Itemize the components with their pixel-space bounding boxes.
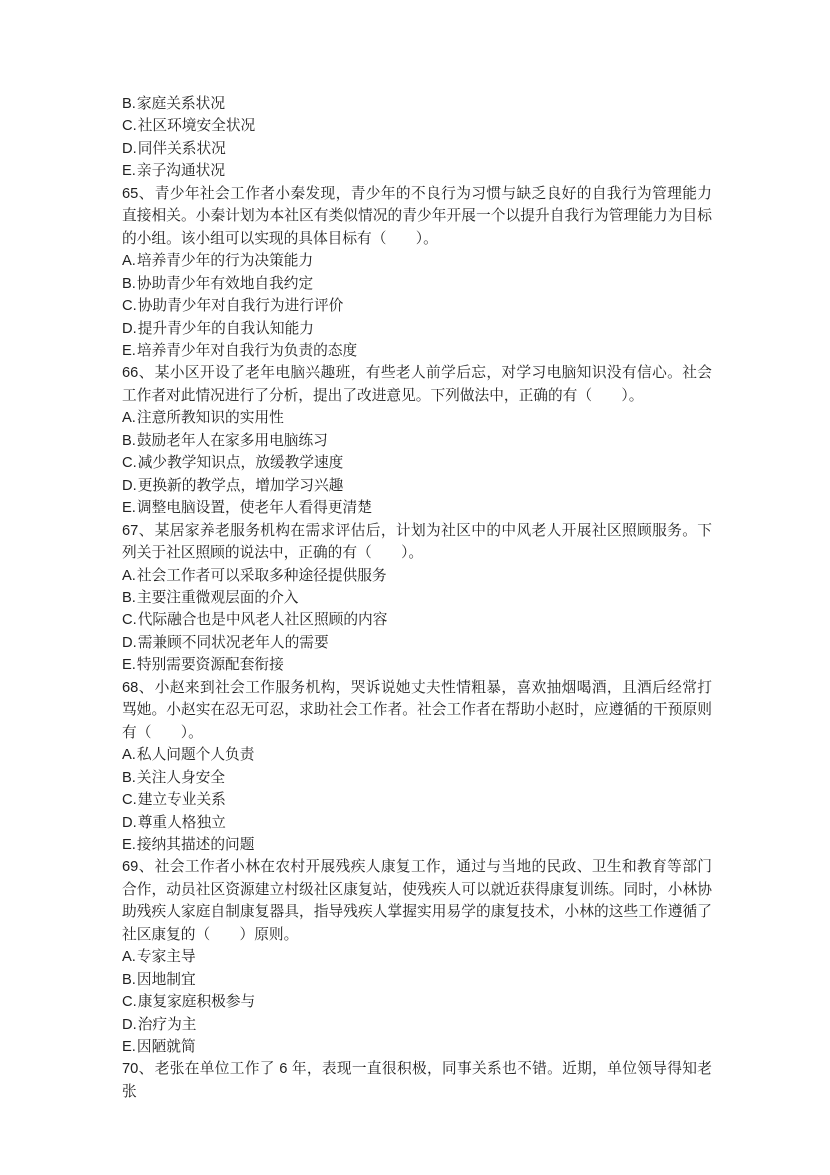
option-text: 鼓励老年人在家多用电脑练习 xyxy=(137,433,328,449)
option-text: 建立专业关系 xyxy=(138,792,226,808)
option-text: 协助青少年对自我行为进行评价 xyxy=(138,298,344,314)
option-label: E. xyxy=(122,657,137,673)
question-67-option-d: D.需兼顾不同状况老年人的需要 xyxy=(122,632,712,654)
option-label: A. xyxy=(122,410,137,426)
option-label: C. xyxy=(122,298,138,314)
question-70-stem: 70、老张在单位工作了 6 年，表现一直很积极，同事关系也不错。近期，单位领导得… xyxy=(122,1058,712,1103)
option-text: 专家主导 xyxy=(137,949,196,965)
question-65-option-a: A.培养青少年的行为决策能力 xyxy=(122,250,712,272)
option-label: A. xyxy=(122,949,137,965)
question-66-option-a: A.注意所教知识的实用性 xyxy=(122,407,712,429)
option-text: 同伴关系状况 xyxy=(138,141,226,157)
option-label: D. xyxy=(122,1017,138,1033)
question-66-option-e: E.调整电脑设置，使老年人看得更清楚 xyxy=(122,497,712,519)
question-number: 69、 xyxy=(122,859,155,875)
question-number: 65、 xyxy=(122,186,155,202)
option-text: 接纳其描述的问题 xyxy=(137,837,255,853)
option-label: A. xyxy=(122,253,137,269)
option-label: C. xyxy=(122,118,138,134)
option-label: C. xyxy=(122,612,138,628)
option-label: A. xyxy=(122,747,137,763)
question-number: 66、 xyxy=(122,365,155,381)
question-65-option-e: E.培养青少年对自我行为负责的态度 xyxy=(122,340,712,362)
question-68-option-e: E.接纳其描述的问题 xyxy=(122,834,712,856)
question-65-option-c: C.协助青少年对自我行为进行评价 xyxy=(122,295,712,317)
carryover-option-b: B.家庭关系状况 xyxy=(122,93,712,115)
question-text: 社会工作者小林在农村开展残疾人康复工作，通过与当地的民政、卫生和教育等部门合作，… xyxy=(122,859,712,942)
option-text: 因陋就简 xyxy=(137,1039,196,1055)
carryover-option-d: D.同伴关系状况 xyxy=(122,138,712,160)
option-label: C. xyxy=(122,792,138,808)
option-label: E. xyxy=(122,343,137,359)
option-text: 提升青少年的自我认知能力 xyxy=(138,321,314,337)
option-text: 尊重人格独立 xyxy=(138,815,226,831)
option-label: E. xyxy=(122,837,137,853)
document-page: B.家庭关系状况 C.社区环境安全状况 D.同伴关系状况 E.亲子沟通状况 65… xyxy=(122,93,712,1103)
option-text: 特别需要资源配套衔接 xyxy=(137,657,284,673)
question-number: 67、 xyxy=(122,523,155,539)
option-label: D. xyxy=(122,321,138,337)
option-text: 协助青少年有效地自我约定 xyxy=(137,276,313,292)
option-label: A. xyxy=(122,568,137,584)
question-65-stem: 65、青少年社会工作者小秦发现，青少年的不良行为习惯与缺乏良好的自我行为管理能力… xyxy=(122,183,712,250)
question-66-stem: 66、某小区开设了老年电脑兴趣班，有些老人前学后忘，对学习电脑知识没有信心。社会… xyxy=(122,362,712,407)
carryover-option-e: E.亲子沟通状况 xyxy=(122,160,712,182)
option-text: 需兼顾不同状况老年人的需要 xyxy=(138,635,329,651)
option-label: B. xyxy=(122,770,137,786)
question-67-option-e: E.特别需要资源配套衔接 xyxy=(122,654,712,676)
question-69-option-a: A.专家主导 xyxy=(122,946,712,968)
question-66-option-c: C.减少教学知识点，放缓教学速度 xyxy=(122,452,712,474)
question-text: 某居家养老服务机构在需求评估后，计划为社区中的中风老人开展社区照顾服务。下列关于… xyxy=(122,523,712,561)
question-text: 小赵来到社会工作服务机构，哭诉说她丈夫性情粗暴，喜欢抽烟喝酒，且酒后经常打骂她。… xyxy=(122,680,712,741)
option-text: 治疗为主 xyxy=(138,1017,197,1033)
question-67-option-a: A.社会工作者可以采取多种途径提供服务 xyxy=(122,565,712,587)
question-text: 青少年社会工作者小秦发现，青少年的不良行为习惯与缺乏良好的自我行为管理能力直接相… xyxy=(122,186,712,247)
option-label: D. xyxy=(122,635,138,651)
question-66-option-d: D.更换新的教学点，增加学习兴趣 xyxy=(122,475,712,497)
option-text: 社会工作者可以采取多种途径提供服务 xyxy=(137,568,387,584)
option-text: 主要注重微观层面的介入 xyxy=(137,590,299,606)
question-67-option-c: C.代际融合也是中风老人社区照顾的内容 xyxy=(122,609,712,631)
carryover-option-c: C.社区环境安全状况 xyxy=(122,115,712,137)
question-69-option-c: C.康复家庭积极参与 xyxy=(122,991,712,1013)
question-number: 68、 xyxy=(122,680,155,696)
option-label: D. xyxy=(122,141,138,157)
question-text: 某小区开设了老年电脑兴趣班，有些老人前学后忘，对学习电脑知识没有信心。社会工作者… xyxy=(122,365,712,403)
question-68-stem: 68、小赵来到社会工作服务机构，哭诉说她丈夫性情粗暴，喜欢抽烟喝酒，且酒后经常打… xyxy=(122,677,712,744)
question-number: 70、 xyxy=(122,1061,155,1077)
option-text: 代际融合也是中风老人社区照顾的内容 xyxy=(138,612,388,628)
question-69-option-b: B.因地制宜 xyxy=(122,969,712,991)
option-label: B. xyxy=(122,276,137,292)
question-65-option-b: B.协助青少年有效地自我约定 xyxy=(122,273,712,295)
question-68-option-c: C.建立专业关系 xyxy=(122,789,712,811)
option-text: 私人问题个人负责 xyxy=(137,747,255,763)
option-text: 社区环境安全状况 xyxy=(138,118,256,134)
option-label: E. xyxy=(122,1039,137,1055)
question-65-option-d: D.提升青少年的自我认知能力 xyxy=(122,318,712,340)
question-68-option-b: B.关注人身安全 xyxy=(122,767,712,789)
option-text: 关注人身安全 xyxy=(137,770,225,786)
option-text: 更换新的教学点，增加学习兴趣 xyxy=(138,478,344,494)
option-text: 减少教学知识点，放缓教学速度 xyxy=(138,455,344,471)
option-label: E. xyxy=(122,500,137,516)
option-text: 培养青少年对自我行为负责的态度 xyxy=(137,343,357,359)
question-66-option-b: B.鼓励老年人在家多用电脑练习 xyxy=(122,430,712,452)
question-69-option-e: E.因陋就简 xyxy=(122,1036,712,1058)
question-67-option-b: B.主要注重微观层面的介入 xyxy=(122,587,712,609)
option-text: 培养青少年的行为决策能力 xyxy=(137,253,313,269)
option-text: 注意所教知识的实用性 xyxy=(137,410,284,426)
option-label: D. xyxy=(122,478,138,494)
question-text: 老张在单位工作了 6 年，表现一直很积极，同事关系也不错。近期，单位领导得知老张 xyxy=(122,1061,712,1099)
option-text: 因地制宜 xyxy=(137,972,196,988)
question-68-option-a: A.私人问题个人负责 xyxy=(122,744,712,766)
option-label: C. xyxy=(122,455,138,471)
option-label: C. xyxy=(122,994,138,1010)
option-label: B. xyxy=(122,590,137,606)
question-68-option-d: D.尊重人格独立 xyxy=(122,812,712,834)
option-label: B. xyxy=(122,96,137,112)
option-text: 家庭关系状况 xyxy=(137,96,225,112)
option-text: 调整电脑设置，使老年人看得更清楚 xyxy=(137,500,372,516)
question-67-stem: 67、某居家养老服务机构在需求评估后，计划为社区中的中风老人开展社区照顾服务。下… xyxy=(122,520,712,565)
question-69-option-d: D.治疗为主 xyxy=(122,1014,712,1036)
option-label: E. xyxy=(122,163,137,179)
option-label: B. xyxy=(122,433,137,449)
question-69-stem: 69、社会工作者小林在农村开展残疾人康复工作，通过与当地的民政、卫生和教育等部门… xyxy=(122,856,712,946)
option-label: D. xyxy=(122,815,138,831)
option-label: B. xyxy=(122,972,137,988)
option-text: 亲子沟通状况 xyxy=(137,163,225,179)
option-text: 康复家庭积极参与 xyxy=(138,994,256,1010)
